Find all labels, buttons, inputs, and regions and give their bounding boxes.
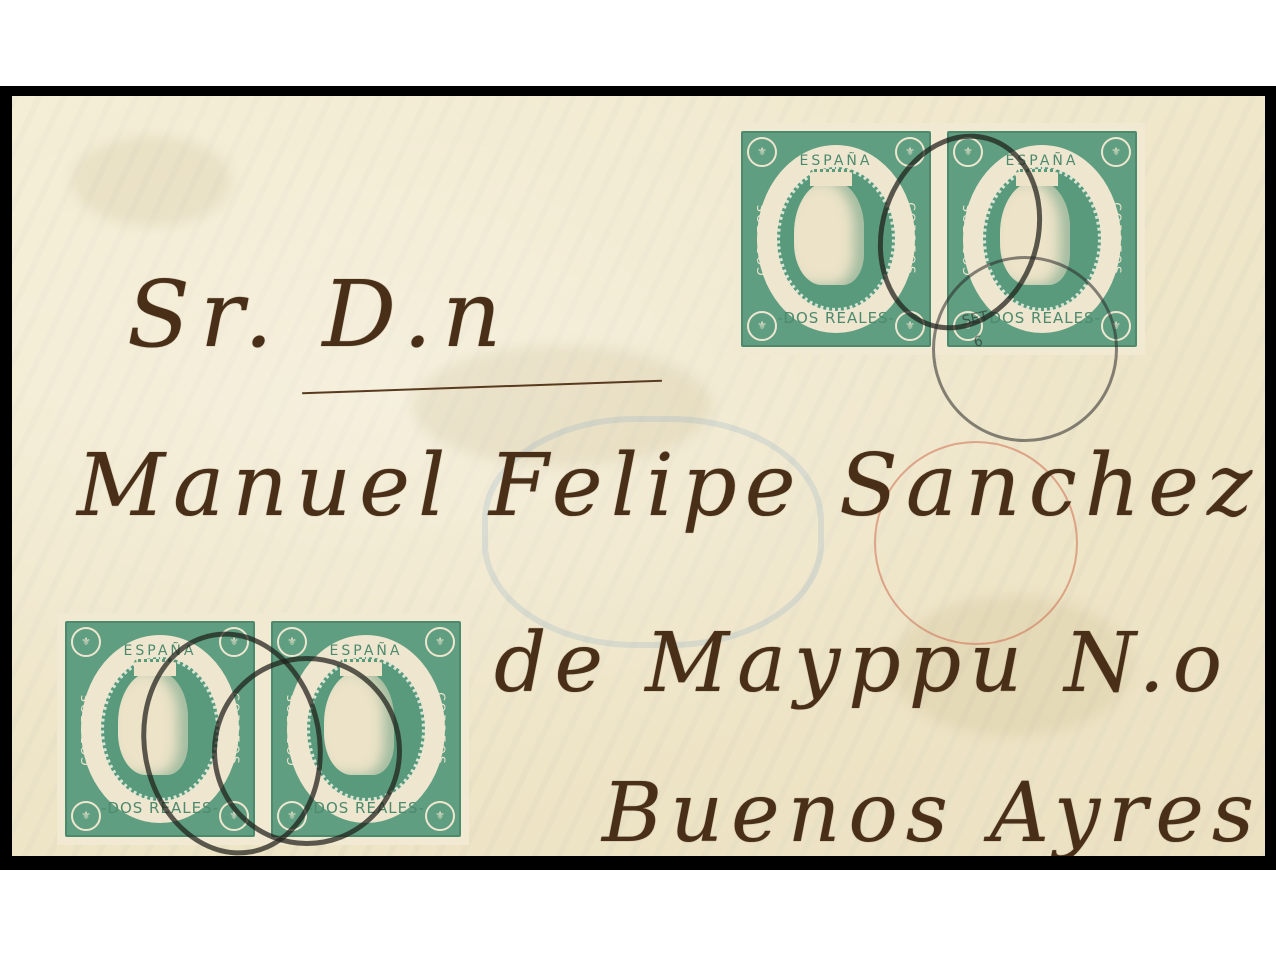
crown-icon xyxy=(1016,169,1058,186)
crown-icon xyxy=(340,659,382,676)
stamp-value: -DOS REALES- xyxy=(67,799,253,817)
stamp-value: -DOS REALES- xyxy=(743,309,929,327)
stamp-side-text: CORREOS xyxy=(755,202,769,275)
stamp-side-text: CORREOS xyxy=(433,692,447,765)
stamp: ⚜ ⚜ ⚜ ⚜ ESPAÑA CORREOS CORREOS -DOS REAL… xyxy=(57,613,263,845)
stamp-side-text: CORREOS xyxy=(79,692,93,765)
stamp-country: ESPAÑA xyxy=(273,643,459,659)
queen-portrait-icon xyxy=(324,671,394,775)
stamp-side-text: CORREOS xyxy=(227,692,241,765)
paper-stain xyxy=(72,136,232,226)
stamp-value: -DOS REALES- xyxy=(273,799,459,817)
queen-portrait-icon xyxy=(118,671,188,775)
address-name: Manuel Felipe Sanchez xyxy=(77,436,1260,536)
stamp-pair-top: ⚜ ⚜ ⚜ ⚜ ESPAÑA CORREOS CORREOS -DOS REAL… xyxy=(733,123,1145,355)
queen-portrait-icon xyxy=(794,181,864,285)
stamp-country: ESPAÑA xyxy=(67,643,253,659)
stamp-side-text: CORREOS xyxy=(1109,202,1123,275)
stamp-side-text: CORREOS xyxy=(285,692,299,765)
queen-portrait-icon xyxy=(1000,181,1070,285)
stamp-side-text: CORREOS xyxy=(903,202,917,275)
stamp: ⚜ ⚜ ⚜ ⚜ ESPAÑA CORREOS CORREOS -DOS REAL… xyxy=(733,123,939,355)
address-city: Buenos Ayres xyxy=(602,766,1262,856)
stamp-side-text: CORREOS xyxy=(961,202,975,275)
stamp-country: ESPAÑA xyxy=(743,153,929,169)
crown-icon xyxy=(810,169,852,186)
stamp-pair-bottom: ⚜ ⚜ ⚜ ⚜ ESPAÑA CORREOS CORREOS -DOS REAL… xyxy=(57,613,469,845)
crown-icon xyxy=(134,659,176,676)
stamp: ⚜ ⚜ ⚜ ⚜ ESPAÑA CORREOS CORREOS -DOS REAL… xyxy=(263,613,469,845)
envelope-cover: Sr. D.n Manuel Felipe Sanchez Calla de M… xyxy=(12,96,1265,856)
stamp-country: ESPAÑA xyxy=(949,153,1135,169)
address-salutation: Sr. D.n xyxy=(127,261,511,368)
